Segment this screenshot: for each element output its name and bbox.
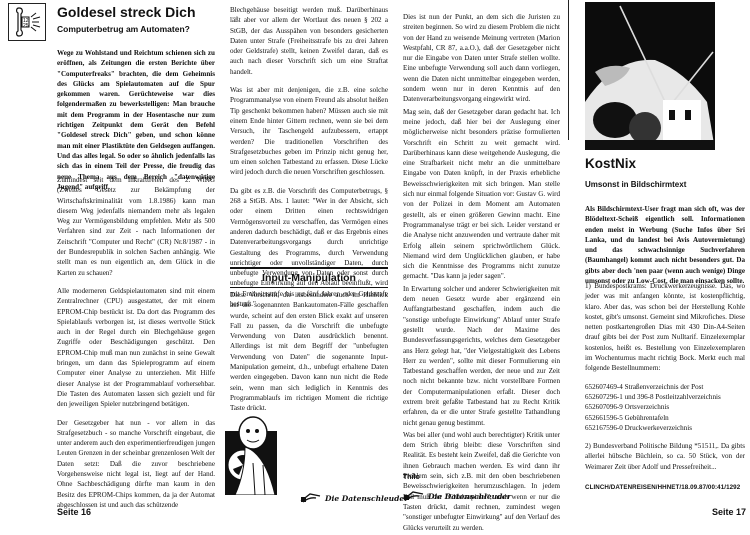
svg-text:25: 25 xyxy=(23,23,29,29)
section-heading: Input-Manipulation xyxy=(230,267,388,288)
signature-text: Die Datenschleuder xyxy=(325,494,408,503)
author-name: Thilo xyxy=(403,474,420,481)
page-number-right: Seite 17 xyxy=(712,507,746,517)
paragraph: Mag sein, daß der Gesetzgeber daran geda… xyxy=(403,107,560,282)
paragraph: Blechgehäuse beseitigt werden muß. Darüb… xyxy=(230,5,388,77)
paragraph: Was ist aber mit denjenigen, die z.B. ei… xyxy=(230,85,388,178)
order-number: 652607296-1 und 396-8 Postleitzahlverzei… xyxy=(585,392,745,402)
order-number-list: 652607469-4 Straßenverzeichnis der Post … xyxy=(585,382,745,433)
sidebar-title: KostNix xyxy=(585,156,636,171)
cartoon-illustration xyxy=(225,413,287,495)
paragraph: Alle moderneren Geldspielautomaten sind … xyxy=(57,286,215,410)
article-title: Goldesel streck Dich xyxy=(57,4,196,20)
order-number: 652661596-5 Gebührentafeln xyxy=(585,413,745,423)
page-number-left: Seite 16 xyxy=(57,507,91,517)
paragraph: Was bei aller (und wohl auch berechtigte… xyxy=(403,430,560,533)
source-line: CLINCH/DATENREISEN/HHNET/18.09.87/00:41/… xyxy=(585,484,740,491)
datenschleuder-signature-right: Die Datenschleuder xyxy=(403,490,511,503)
right-column: Dies ist nun der Punkt, an dem sich die … xyxy=(403,12,560,535)
column-divider xyxy=(568,0,569,140)
paragraph: Diese Vorschrift, die insbesondere auch … xyxy=(230,290,388,414)
order-number: 652607469-4 Straßenverzeichnis der Post xyxy=(585,382,745,392)
slingshot-icon xyxy=(403,490,425,503)
article-subtitle: Computerbetrug am Automaten? xyxy=(57,24,190,34)
slingshot-icon xyxy=(300,492,322,505)
list-item-bundesverband: 2) Bundesverband Politische Bildung *515… xyxy=(585,441,745,472)
sidebar-body: 1) Bundespostkrams: Druckwerkerzeugnisse… xyxy=(585,281,745,480)
order-number: 652167596-0 Druckwerkeverzeichnis xyxy=(585,423,745,433)
paragraph: Der Gesetzgeber hat nun - vor allem in d… xyxy=(57,418,215,511)
list-item-bundespost: 1) Bundespostkrams: Druckwerkerzeugnisse… xyxy=(585,281,745,374)
section-body: Diese Vorschrift, die insbesondere auch … xyxy=(230,290,388,422)
datenschleuder-signature-middle: Die Datenschleuder xyxy=(300,492,408,505)
order-number: 652607096-9 Ortsverzeichnis xyxy=(585,402,745,412)
lead-paragraph: Wege zu Wohlstand und Reichtum schienen … xyxy=(57,48,215,192)
paragraph: Dies ist nun der Punkt, an dem sich die … xyxy=(403,12,560,105)
left-column: Zumindest seit dem Inkrafttreten des 2. … xyxy=(57,175,215,518)
tv-tower-photo xyxy=(585,2,715,150)
paragraph: In Erwartung solcher und anderer Schwier… xyxy=(403,284,560,428)
goldesel-logo-icon: 12 25 xyxy=(8,3,46,41)
sidebar-subtitle: Umsonst in Bildschirmtext xyxy=(585,180,686,189)
signature-text: Die Datenschleuder xyxy=(428,492,511,501)
lead-paragraph: Als Bildschirmtext-User fragt man sich o… xyxy=(585,204,745,286)
paragraph: Zumindest seit dem Inkrafttreten des 2. … xyxy=(57,175,215,278)
